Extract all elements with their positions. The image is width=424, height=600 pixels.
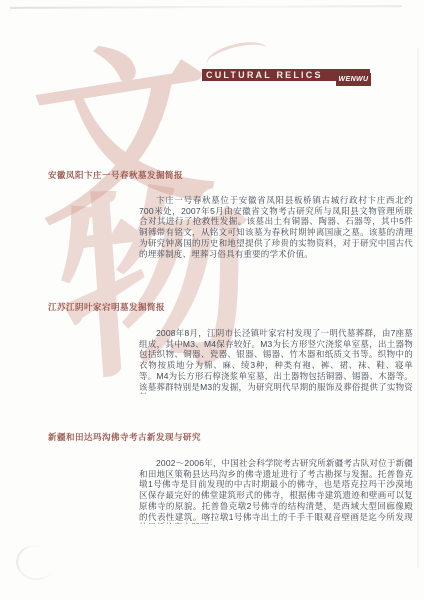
journal-title-english: CULTURAL RELICS bbox=[202, 70, 323, 80]
article-abstract-jiangyin-yejiadang-tomb: 2008年8月，江阴市长泾镇叶家宕村发现了一明代墓葬群，由7座墓组成，其中M3、… bbox=[139, 328, 413, 394]
journal-pinyin-tag: WENWU bbox=[336, 73, 371, 86]
article-abstract-fengyang-bianzhuang-tomb: 卞庄一号春秋墓位于安徽省凤阳县板桥镇古城行政村卞庄西北约700米处，2007年5… bbox=[139, 195, 413, 259]
journal-title-pinyin: WENWU bbox=[339, 76, 369, 83]
scan-artifact-right-edge bbox=[417, 48, 419, 568]
article-abstract-damagou-buddhist-temple: 2002～2006年，中国社会科学院考古研究所新疆考古队对位于新疆和田地区策勒县… bbox=[139, 458, 413, 524]
scan-artifact-bottom-smudge bbox=[12, 541, 59, 585]
scan-artifact-top-streak bbox=[10, 5, 402, 9]
article-title-damagou-buddhist-temple: 新疆和田达玛沟佛寺考古新发现与研究 bbox=[48, 431, 201, 443]
scanned-journal-page: 文 物 CULTURAL RELICS WENWU 安徽凤阳卞庄一号春秋墓发掘简… bbox=[0, 0, 424, 600]
article-title-fengyang-bianzhuang-tomb: 安徽凤阳卞庄一号春秋墓发掘简报 bbox=[48, 169, 183, 181]
article-title-jiangyin-yejiadang-tomb: 江苏江阴叶家宕明墓发掘简报 bbox=[48, 301, 165, 313]
